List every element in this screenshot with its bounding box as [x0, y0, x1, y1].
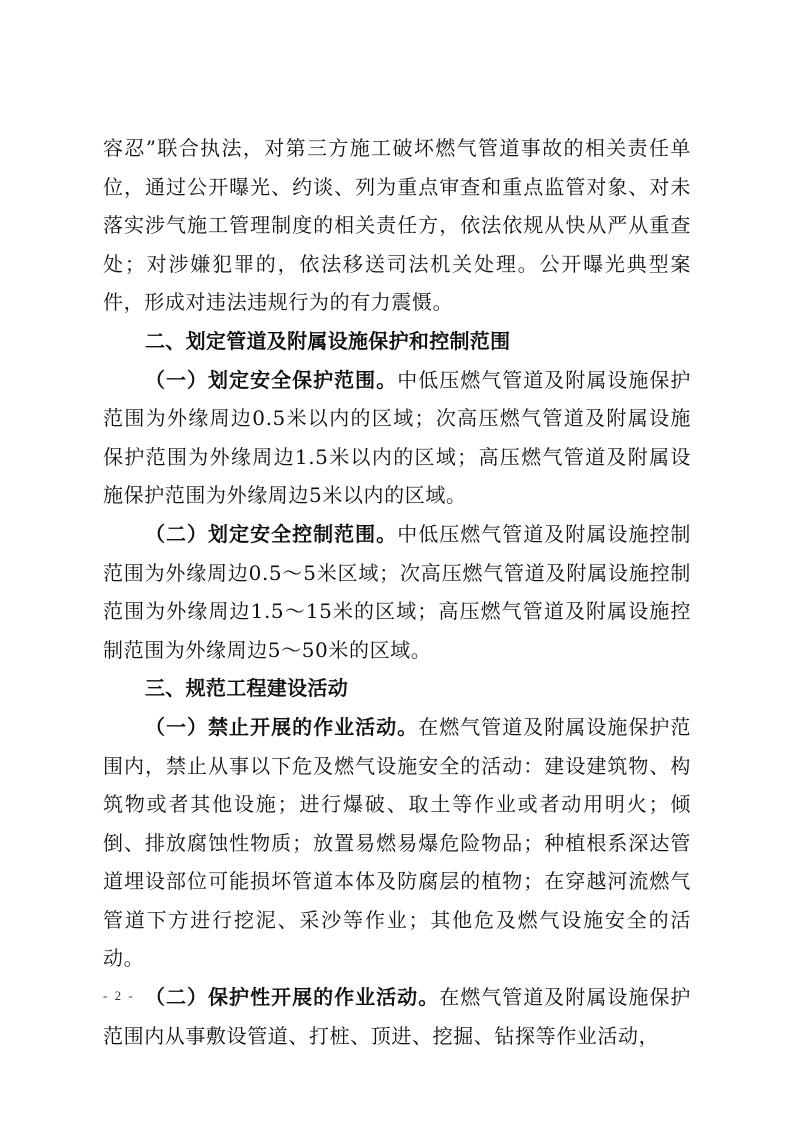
paragraph-control-range: （二）划定安全控制范围。中低压燃气管道及附属设施控制范围为外缘周边0.5～5米区… [103, 515, 691, 669]
paragraph-text: 容忍”联合执法，对第三方施工破坏燃气管道事故的相关责任单位，通过公开曝光、约谈、… [103, 136, 691, 314]
paragraph-lead: （一）禁止开展的作业活动。 [145, 715, 418, 739]
paragraph-lead: （二）划定安全控制范围。 [145, 522, 397, 546]
paragraph-protection-range: （一）划定安全保护范围。中低压燃气管道及附属设施保护范围为外缘周边0.5米以内的… [103, 361, 691, 515]
section-heading-3: 三、规范工程建设活动 [103, 669, 691, 708]
document-page: 容忍”联合执法，对第三方施工破坏燃气管道事故的相关责任单位，通过公开曝光、约谈、… [0, 0, 793, 1122]
paragraph-prohibited-activities: （一）禁止开展的作业活动。在燃气管道及附属设施保护范围内，禁止从事以下危及燃气设… [103, 708, 691, 978]
paragraph-lead: （一）划定安全保护范围。 [145, 368, 397, 392]
page-number: - 2 - [103, 988, 135, 1004]
paragraph-text: 在燃气管道及附属设施保护范围内，禁止从事以下危及燃气设施安全的活动：建设建筑物、… [103, 715, 691, 971]
paragraph-protective-activities: （二）保护性开展的作业活动。在燃气管道及附属设施保护范围内从事敷设管道、打桩、顶… [103, 978, 691, 1055]
section-heading-2: 二、划定管道及附属设施保护和控制范围 [103, 322, 691, 361]
body-text: 容忍”联合执法，对第三方施工破坏燃气管道事故的相关责任单位，通过公开曝光、约谈、… [103, 129, 691, 1055]
paragraph-continuation: 容忍”联合执法，对第三方施工破坏燃气管道事故的相关责任单位，通过公开曝光、约谈、… [103, 129, 691, 322]
paragraph-lead: （二）保护性开展的作业活动。 [145, 985, 439, 1009]
